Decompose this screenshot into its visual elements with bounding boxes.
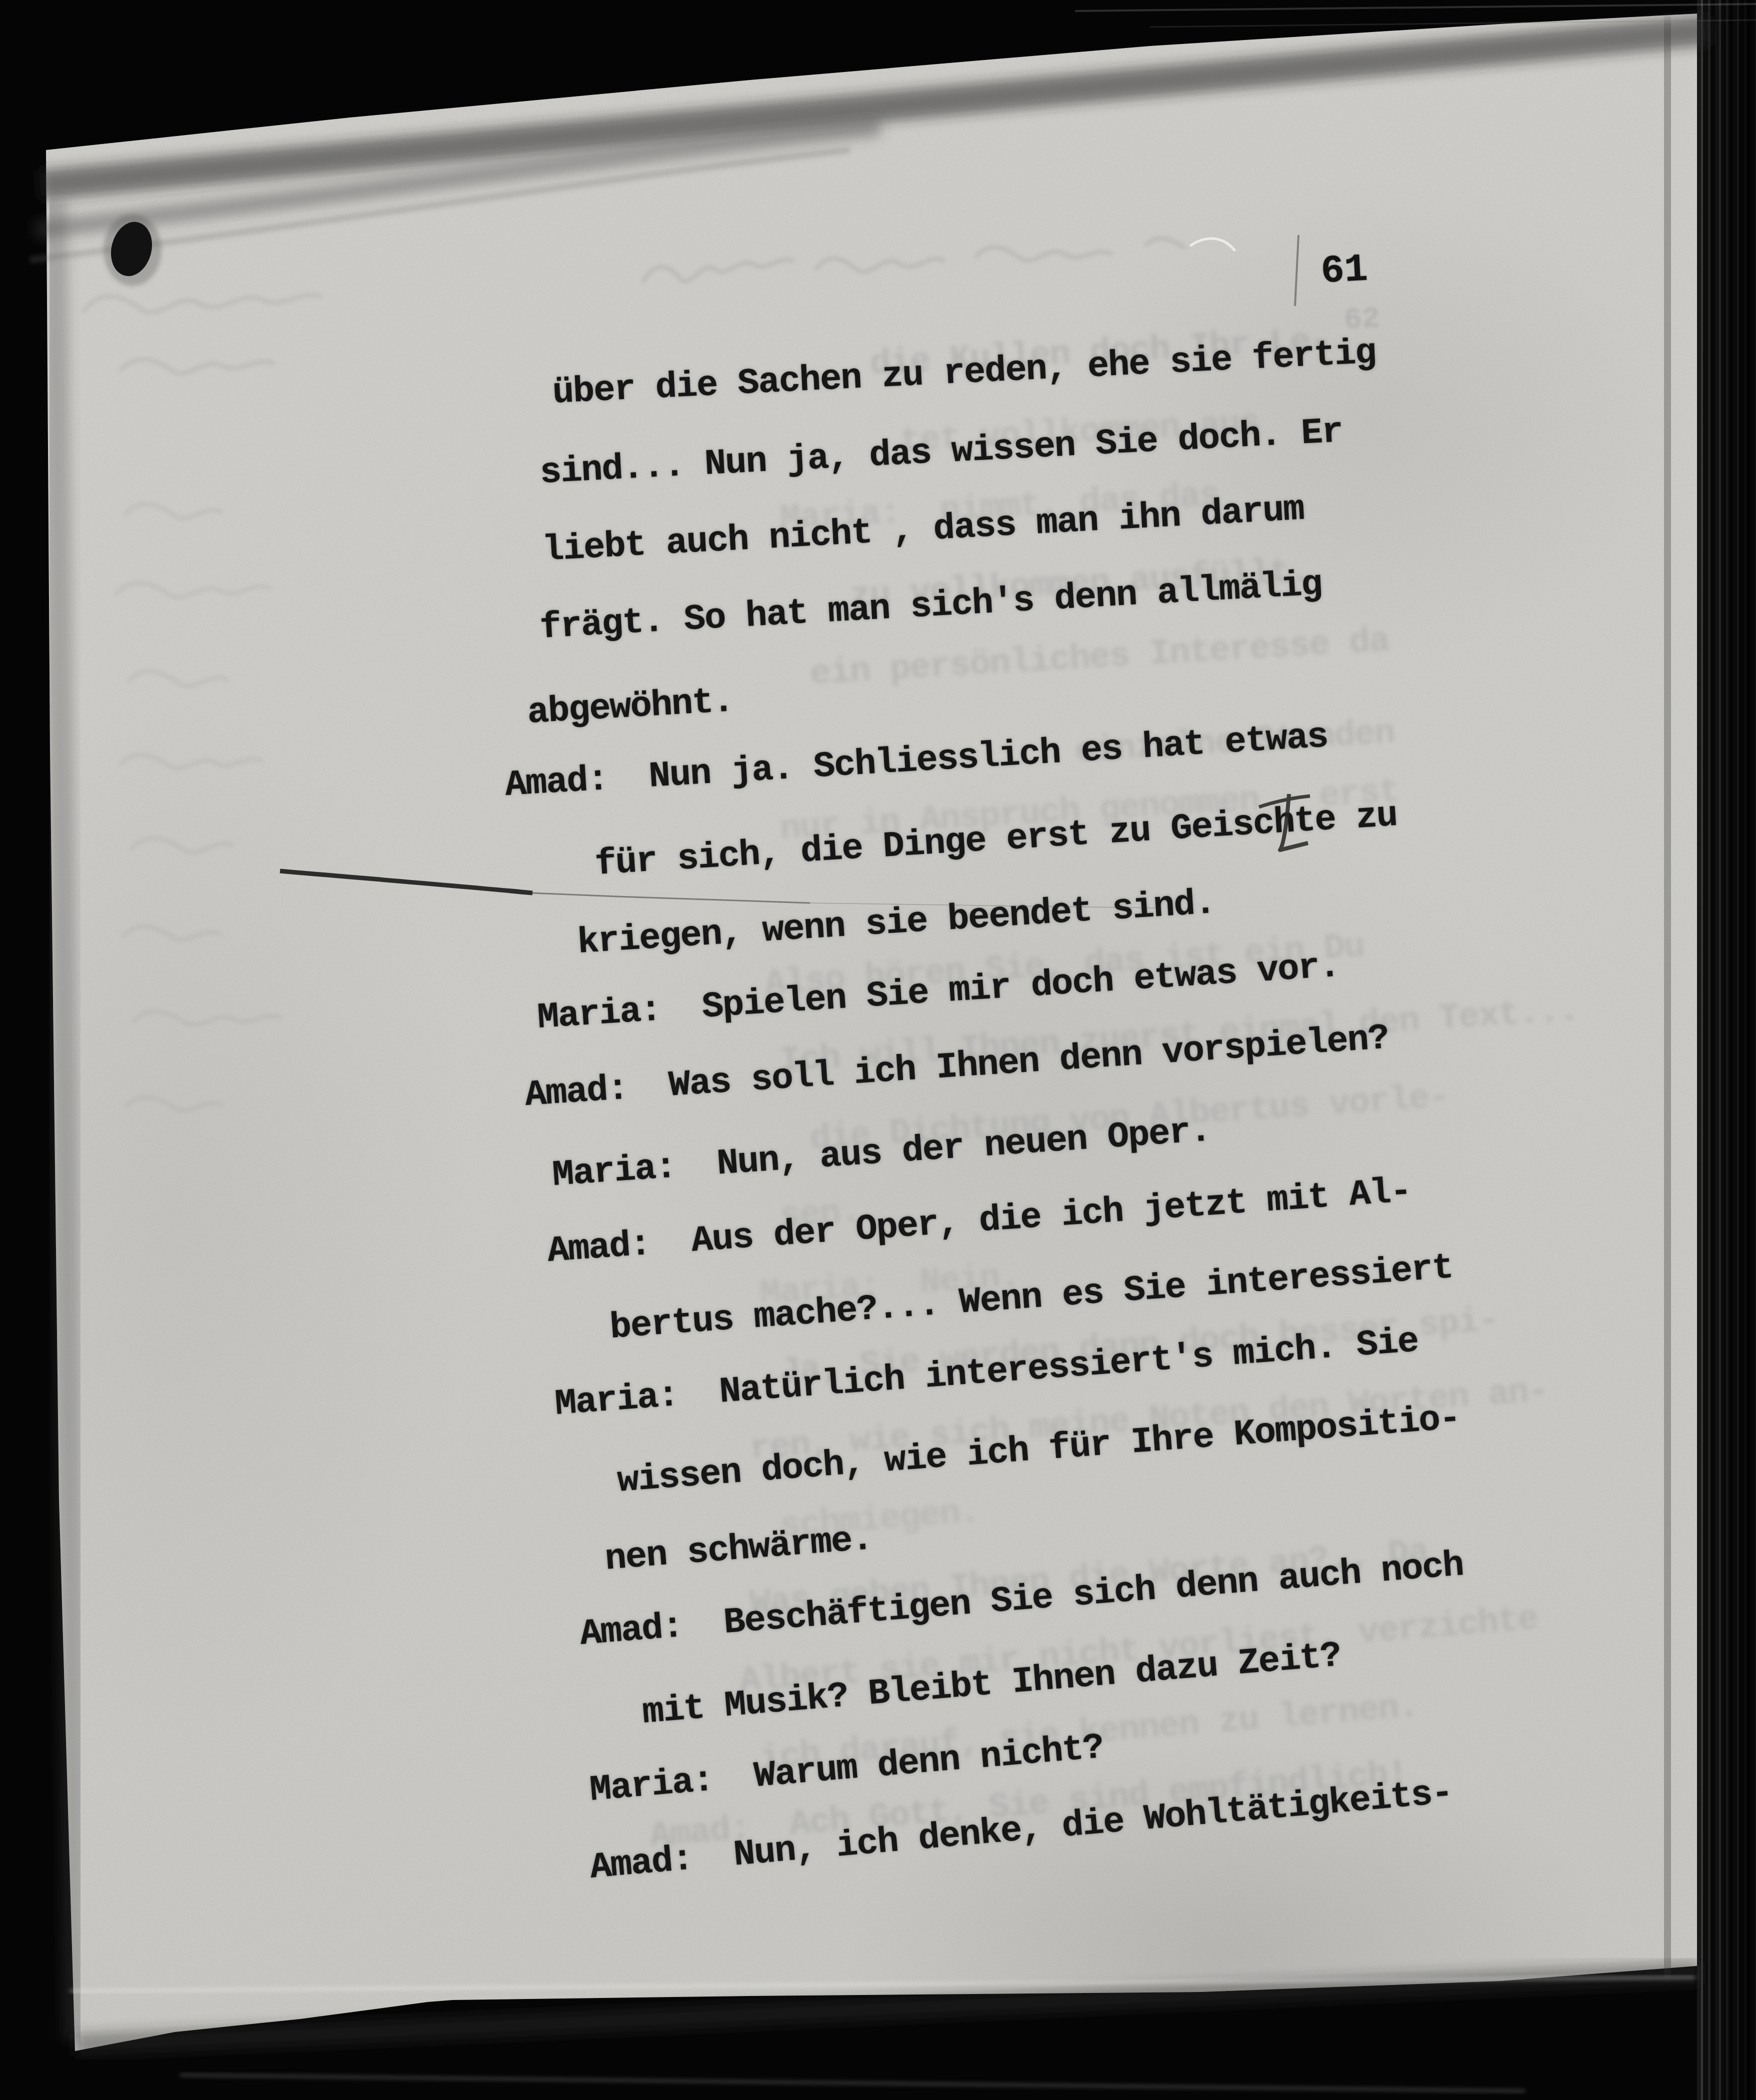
typescript-line: kriegen, wenn sie beendet sind. <box>576 882 1216 963</box>
typescript-line: für sich, die Dinge erst zu Geischte zu <box>593 795 1398 885</box>
typescript-line: frägt. So hat man sich's denn allmälig <box>539 564 1323 648</box>
typescript-line: Maria: Spielen Sie mir doch etwas vor. <box>536 945 1340 1038</box>
page-number-bleedthrough: 62 <box>1343 302 1380 338</box>
typescript-line: über die Sachen zu reden, ehe sie fertig <box>551 332 1376 413</box>
typescript-text-layer: über die Sachen zu reden, ehe sie fertig… <box>0 0 1756 2100</box>
typescript-line: Amad: Nun ja. Schliesslich es hat etwas <box>504 716 1329 806</box>
typescript-line: mit Musik? Bleibt Ihnen dazu Zeit? <box>641 1635 1342 1733</box>
typescript-line: nen schwärme. <box>603 1518 873 1580</box>
typescript-line: wissen doch, wie ich für Ihre Kompositio… <box>616 1397 1461 1501</box>
page-number: 61 <box>1320 248 1369 294</box>
typescript-line: abgewöhnt. <box>526 680 734 733</box>
scanned-manuscript-photo: die Kullen doch Ihr Le-tet vollkommen au… <box>0 0 1756 2100</box>
stacked-page-edges <box>1697 0 1756 2100</box>
typescript-line: Maria: Nun, aus der neuen Oper. <box>551 1110 1211 1195</box>
typescript-line: liebt auch nicht , dass man ihn darum <box>541 489 1305 571</box>
typescript-line: Amad: Was soll ich Ihnen denn vorspielen… <box>523 1017 1389 1116</box>
typescript-line: sind... Nun ja, das wissen Sie doch. Er <box>539 411 1343 493</box>
typescript-line: Maria: Warum denn nicht? <box>588 1727 1105 1811</box>
